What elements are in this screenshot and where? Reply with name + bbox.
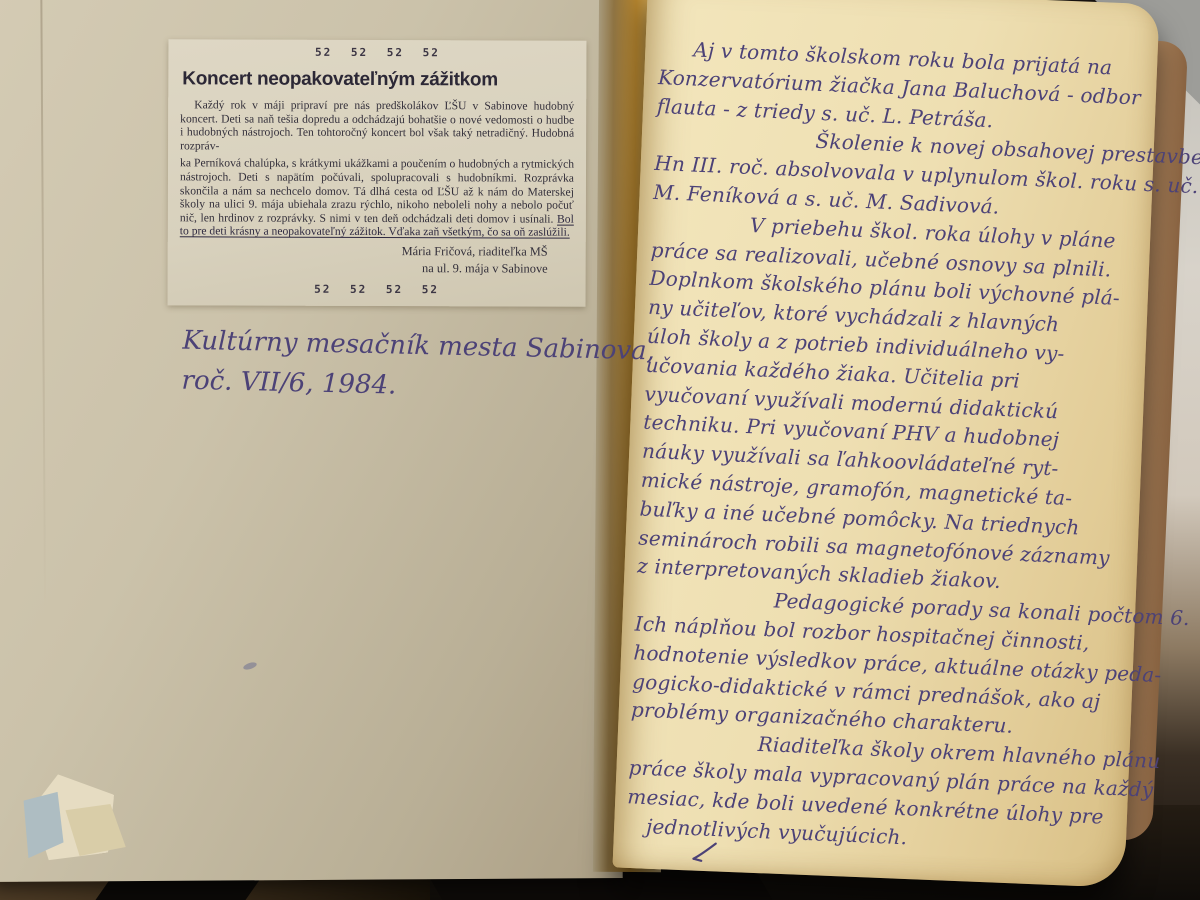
chronicle-photo: 52 52 52 52 Koncert neopakovateľným záži… [0,0,1200,900]
clipping-paragraph-2: ka Perníková chalúpka, s krátkymi ukážka… [180,157,574,240]
clipping-ornament-top: 52 52 52 52 [180,45,574,59]
clipping-paragraph-2-text: ka Perníková chalúpka, s krátkymi ukážka… [180,157,574,226]
clipping-signature-name: Mária Fričová, riaditeľka MŠ [180,242,548,260]
clipping-signature-place: na ul. 9. mája v Sabinove [180,259,548,277]
handwritten-entry: Aj v tomto školskom roku bola prijatá na… [626,34,1165,861]
clipping-title: Koncert neopakovateľným zážitkom [182,68,574,91]
clipping-paragraph-1: Každý rok v máji pripraví pre nás predšk… [180,98,574,154]
handwritten-caption: Kultúrny mesačník mesta Sabinova, roč. V… [181,321,655,412]
newspaper-clipping: 52 52 52 52 Koncert neopakovateľným záži… [168,39,587,306]
clipping-ornament-bottom: 52 52 52 52 [180,282,574,296]
pen-arrow-mark [686,838,720,873]
page-crease [40,0,46,610]
